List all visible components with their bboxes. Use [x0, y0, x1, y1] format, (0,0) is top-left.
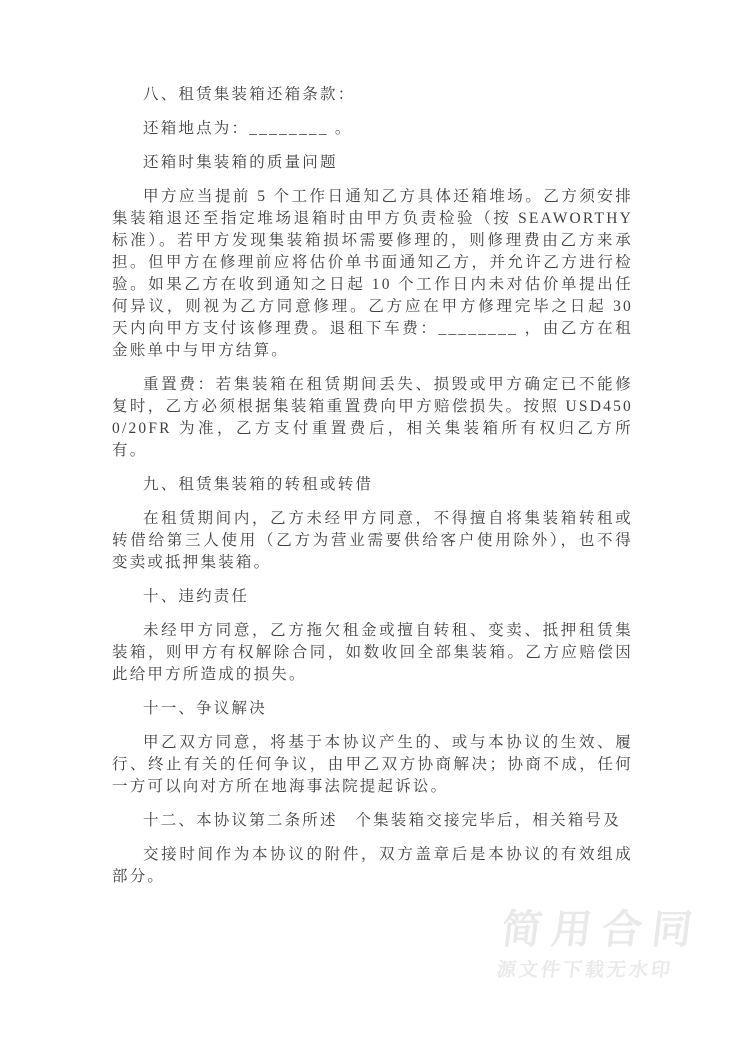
section-heading: 八、租赁集装箱还箱条款： [112, 84, 633, 106]
watermark: 简用合同 源文件下载无水印 [495, 908, 734, 982]
paragraph: 还箱地点为：________ 。 [112, 118, 633, 140]
watermark-title: 简用合同 [499, 908, 734, 952]
contract-page: 八、租赁集装箱还箱条款：还箱地点为：________ 。还箱时集装箱的质量问题甲… [0, 0, 742, 1049]
paragraph: 未经甲方同意，乙方拖欠租金或擅自转租、变卖、抵押租赁集装箱，则甲方有权解除合同，… [112, 620, 633, 686]
section-heading: 九、租赁集装箱的转租或转借 [112, 474, 633, 496]
paragraph: 还箱时集装箱的质量问题 [112, 152, 633, 174]
paragraph: 交接时间作为本协议的附件，双方盖章后是本协议的有效组成部分。 [112, 844, 633, 888]
section-heading: 十二、本协议第二条所述 个集装箱交接完毕后，相关箱号及 [112, 810, 633, 832]
paragraph: 重置费：若集装箱在租赁期间丢失、损毁或甲方确定已不能修复时，乙方必须根据集装箱重… [112, 374, 633, 462]
document-body: 八、租赁集装箱还箱条款：还箱地点为：________ 。还箱时集装箱的质量问题甲… [112, 84, 633, 900]
watermark-subtitle: 源文件下载无水印 [495, 960, 728, 982]
paragraph: 甲方应当提前 5 个工作日通知乙方具体还箱堆场。乙方须安排集装箱退还至指定堆场退… [112, 186, 633, 362]
section-heading: 十、违约责任 [112, 586, 633, 608]
paragraph: 在租赁期间内，乙方未经甲方同意，不得擅自将集装箱转租或转借给第三人使用（乙方为营… [112, 508, 633, 574]
paragraph: 甲乙双方同意，将基于本协议产生的、或与本协议的生效、履行、终止有关的任何争议，由… [112, 732, 633, 798]
section-heading: 十一、争议解决 [112, 698, 633, 720]
